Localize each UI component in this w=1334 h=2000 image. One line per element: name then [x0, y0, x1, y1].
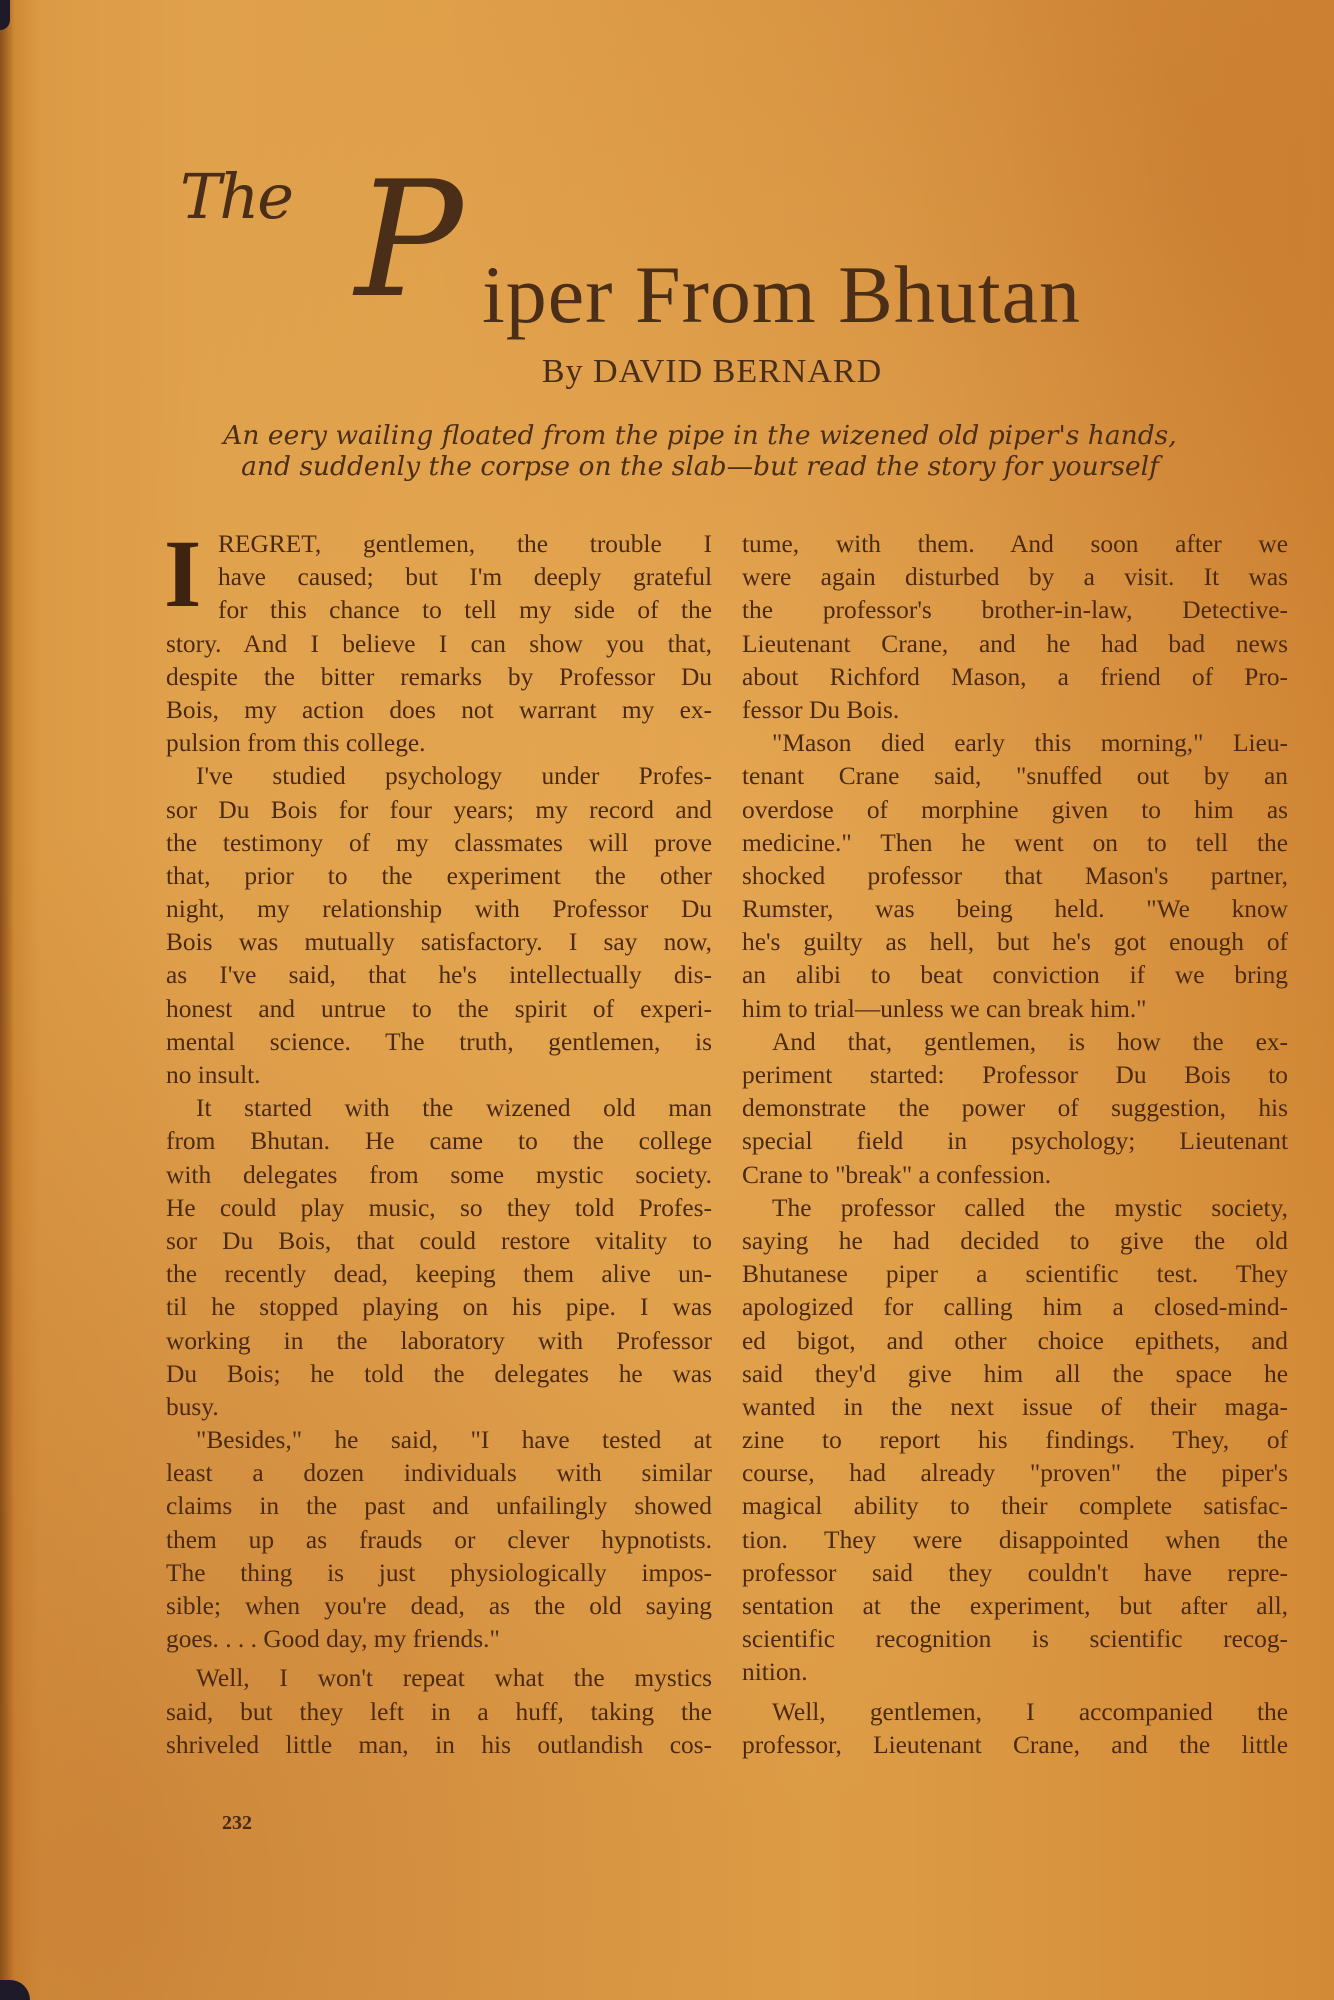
text-line: professor, Lieutenant Crane, and the lit…: [742, 1729, 1288, 1762]
text-line: sor Du Bois, that could restore vitality…: [166, 1225, 712, 1258]
text-line: Well, I won't repeat what the mystics: [166, 1662, 712, 1695]
text-line: he's guilty as hell, but he's got enough…: [742, 926, 1288, 959]
title-main: iper From Bhutan: [482, 248, 1081, 342]
paragraph: "Besides," he said, "I have tested at le…: [166, 1424, 712, 1656]
text-line: claims in the past and unfailingly showe…: [166, 1490, 712, 1523]
text-line: "Besides," he said, "I have tested at: [166, 1424, 712, 1457]
text-line: them up as frauds or clever hypnotists.: [166, 1524, 712, 1557]
text-line: ed bigot, and other choice epithets, and: [742, 1325, 1288, 1358]
text-line: Lieutenant Crane, and he had bad news: [742, 628, 1288, 661]
text-line: periment started: Professor Du Bois to: [742, 1059, 1288, 1092]
text-line: And that, gentlemen, is how the ex-: [742, 1026, 1288, 1059]
magazine-page: The P iper From Bhutan By DAVID BERNARD …: [0, 0, 1334, 2000]
text-line: have caused; but I'm deeply grateful: [166, 561, 712, 594]
text-line: an alibi to beat conviction if we bring: [742, 959, 1288, 992]
text-line: working in the laboratory with Professor: [166, 1325, 712, 1358]
paragraph: The professor called the mystic society,…: [742, 1192, 1288, 1690]
text-line: were again disturbed by a visit. It was: [742, 561, 1288, 594]
text-line: The thing is just physiologically impos-: [166, 1557, 712, 1590]
text-line: said they'd give him all the space he: [742, 1358, 1288, 1391]
text-line: night, my relationship with Professor Du: [166, 893, 712, 926]
right-column: tume, with them. And soon after we were …: [742, 528, 1288, 1762]
text-line: goes. . . . Good day, my friends.": [166, 1623, 712, 1656]
text-line: about Richford Mason, a friend of Pro-: [742, 661, 1288, 694]
text-line: mental science. The truth, gentlemen, is: [166, 1026, 712, 1059]
text-line: sentation at the experiment, but after a…: [742, 1590, 1288, 1623]
text-line: said, but they left in a huff, taking th…: [166, 1696, 712, 1729]
text-line: professor said they couldn't have repre-: [742, 1557, 1288, 1590]
text-line: story. And I believe I can show you that…: [166, 628, 712, 661]
text-line: Crane to "break" a confession.: [742, 1159, 1288, 1192]
paragraph: Well, gentlemen, I accompanied the profe…: [742, 1696, 1288, 1762]
text-line: from Bhutan. He came to the college: [166, 1125, 712, 1158]
drop-cap: I: [164, 534, 204, 620]
text-line: wanted in the next issue of their maga-: [742, 1391, 1288, 1424]
text-line: with delegates from some mystic society.: [166, 1159, 712, 1192]
text-line: as I've said, that he's intellectually d…: [166, 959, 712, 992]
text-line: nition.: [742, 1656, 1288, 1689]
paragraph: Well, I won't repeat what the mystics sa…: [166, 1662, 712, 1762]
text-line: tenant Crane said, "snuffed out by an: [742, 760, 1288, 793]
paragraph: tume, with them. And soon after we were …: [742, 528, 1288, 727]
text-line: saying he had decided to give the old: [742, 1225, 1288, 1258]
blurb-line-1: An eery wailing floated from the pipe in…: [200, 420, 1200, 451]
text-line: him to trial—unless we can break him.": [742, 993, 1288, 1026]
text-line: tume, with them. And soon after we: [742, 528, 1288, 561]
text-line: magical ability to their complete satisf…: [742, 1490, 1288, 1523]
text-line: least a dozen individuals with similar: [166, 1457, 712, 1490]
text-line: "Mason died early this morning," Lieu-: [742, 727, 1288, 760]
background-corner-bottom-left: [0, 1980, 30, 2000]
text-line: I've studied psychology under Profes-: [166, 760, 712, 793]
text-line: Bhutanese piper a scientific test. They: [742, 1258, 1288, 1291]
text-line: demonstrate the power of suggestion, his: [742, 1092, 1288, 1125]
paragraph: "Mason died early this morning," Lieu- t…: [742, 727, 1288, 1026]
left-column: I REGRET, gentlemen, the trouble I have …: [166, 528, 712, 1762]
text-line: til he stopped playing on his pipe. I wa…: [166, 1291, 712, 1324]
page-number: 232: [222, 1812, 252, 1835]
text-line: for this chance to tell my side of the: [166, 594, 712, 627]
page-edge-shadow: [0, 0, 14, 2000]
text-line: busy.: [166, 1391, 712, 1424]
text-line: shocked professor that Mason's partner,: [742, 860, 1288, 893]
text-line: no insult.: [166, 1059, 712, 1092]
byline: By DAVID BERNARD: [0, 353, 1334, 391]
text-line: honest and untrue to the spirit of exper…: [166, 993, 712, 1026]
story-blurb: An eery wailing floated from the pipe in…: [200, 420, 1200, 482]
text-line: despite the bitter remarks by Professor …: [166, 661, 712, 694]
text-line: Bois was mutually satisfactory. I say no…: [166, 926, 712, 959]
text-line: tion. They were disappointed when the: [742, 1524, 1288, 1557]
text-line: Well, gentlemen, I accompanied the: [742, 1696, 1288, 1729]
text-line: Du Bois; he told the delegates he was: [166, 1358, 712, 1391]
text-line: scientific recognition is scientific rec…: [742, 1623, 1288, 1656]
text-line: medicine." Then he went on to tell the: [742, 827, 1288, 860]
text-line: the professor's brother-in-law, Detectiv…: [742, 594, 1288, 627]
text-line: pulsion from this college.: [166, 727, 712, 760]
text-line: The professor called the mystic society,: [742, 1192, 1288, 1225]
paragraph: And that, gentlemen, is how the ex- peri…: [742, 1026, 1288, 1192]
text-line: overdose of morphine given to him as: [742, 794, 1288, 827]
text-line: He could play music, so they told Profes…: [166, 1192, 712, 1225]
paragraph: I've studied psychology under Profes- so…: [166, 760, 712, 1092]
text-line: REGRET, gentlemen, the trouble I: [166, 528, 712, 561]
text-line: It started with the wizened old man: [166, 1092, 712, 1125]
paragraph: It started with the wizened old man from…: [166, 1092, 712, 1424]
text-line: sible; when you're dead, as the old sayi…: [166, 1590, 712, 1623]
text-line: fessor Du Bois.: [742, 694, 1288, 727]
title-script-the: The: [180, 160, 292, 233]
text-line: zine to report his findings. They, of: [742, 1424, 1288, 1457]
text-line: course, had already "proven" the piper's: [742, 1457, 1288, 1490]
text-line: that, prior to the experiment the other: [166, 860, 712, 893]
text-line: Rumster, was being held. "We know: [742, 893, 1288, 926]
text-line: apologized for calling him a closed-mind…: [742, 1291, 1288, 1324]
text-line: the testimony of my classmates will prov…: [166, 827, 712, 860]
blurb-line-2: and suddenly the corpse on the slab—but …: [200, 451, 1200, 482]
title-script-p: P: [355, 160, 463, 320]
opening-paragraph: I REGRET, gentlemen, the trouble I have …: [166, 528, 712, 760]
text-line: Bois, my action does not warrant my ex-: [166, 694, 712, 727]
text-line: shriveled little man, in his outlandish …: [166, 1729, 712, 1762]
text-line: sor Du Bois for four years; my record an…: [166, 794, 712, 827]
text-line: the recently dead, keeping them alive un…: [166, 1258, 712, 1291]
text-line: special field in psychology; Lieutenant: [742, 1125, 1288, 1158]
